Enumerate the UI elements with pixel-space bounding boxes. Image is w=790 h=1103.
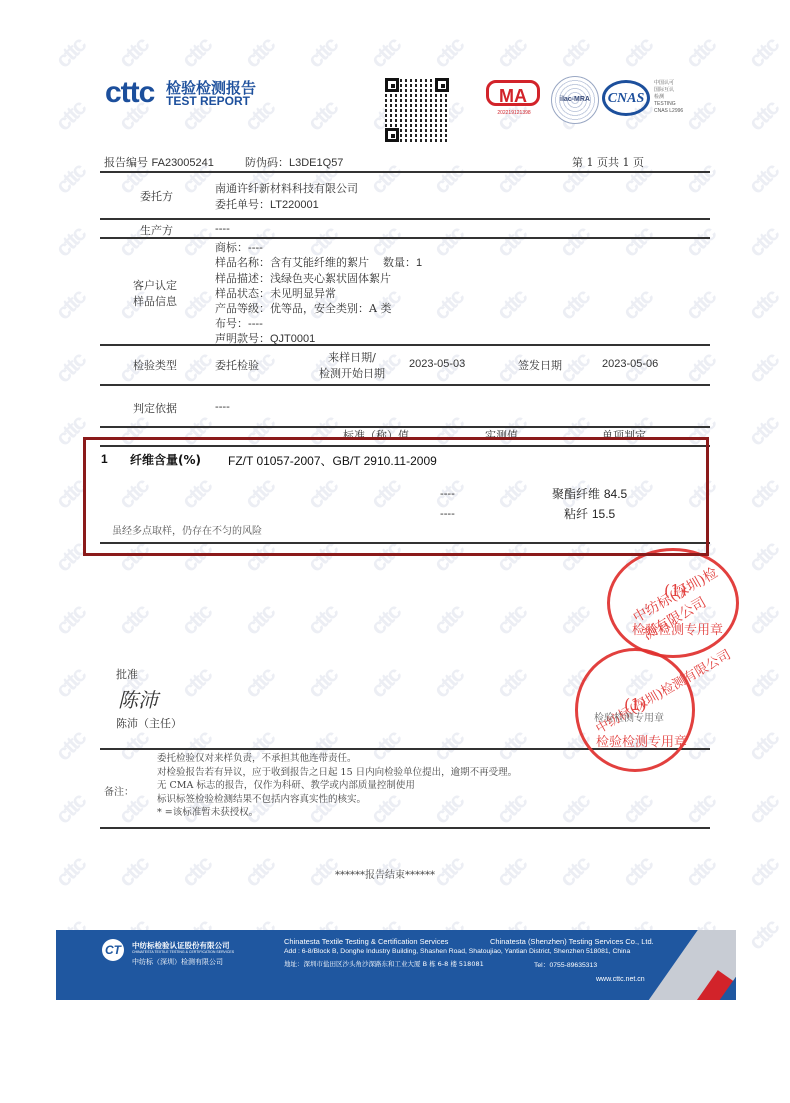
remarks-list: 委托检验仅对来样负责，不承担其他连带责任。 对检验报告若有异议，应于收到报告之日… xyxy=(157,752,517,820)
inspection-type-label: 检验类型 xyxy=(133,357,177,373)
judgement-value: ---- xyxy=(215,400,230,413)
page-info: 第 1 页共 1 页 xyxy=(572,154,644,170)
signature: 陈沛 xyxy=(118,684,158,713)
inspection-stamp-1: 中纺标(深圳)检测有限公司 (1) 检验检测专用章 xyxy=(607,548,739,658)
report-number: 报告编号 FA23005241 xyxy=(104,154,214,170)
remark-item: 无 CMA 标志的报告，仅作为科研、教学或内部质量控制使用 xyxy=(157,779,517,793)
footer-line1-left: Chinatesta Textile Testing & Certificati… xyxy=(284,937,448,946)
divider xyxy=(100,218,710,220)
ilac-mra-logo-icon: ilac-MRA xyxy=(551,76,599,124)
divider xyxy=(100,344,710,346)
stamp-bottom: 检验检测专用章 xyxy=(632,619,723,638)
issue-date-label: 签发日期 xyxy=(518,357,562,373)
cma-logo-icon: MA xyxy=(486,80,540,106)
sample-name: 样品名称：含有艾能纤维的絮片 数量：1 xyxy=(215,255,422,271)
stamp-overlay-text: 检验检测专用章 xyxy=(594,709,664,724)
test-report-page: cttc 检验检测报告 TEST REPORT MA 202219121398 … xyxy=(0,0,790,1103)
cnas-side-text: 中国认可 国际互认 检测 TESTING CNAS L2996 xyxy=(654,80,683,115)
results-table-header: 标准（称）值 实测值 单项判定 xyxy=(100,427,710,437)
client-order-no: 委托单号：LT220001 xyxy=(215,196,319,212)
footer-website[interactable]: www.cttc.net.cn xyxy=(596,976,645,983)
footer-line1-right: Chinatesta (Shenzhen) Testing Services C… xyxy=(490,937,654,946)
approver-name: 陈沛（主任） xyxy=(116,715,182,731)
sample-date-label: 来样日期/ 检测开始日期 xyxy=(316,349,388,381)
report-end-marker: ******报告结束****** xyxy=(335,866,435,881)
product-grade: 产品等级：优等品，安全类别：A 类 xyxy=(215,301,422,316)
inspection-type-value: 委托检验 xyxy=(215,357,259,373)
divider xyxy=(100,171,710,173)
footer-tel: Tel：0755-89635313 xyxy=(534,959,597,969)
divider xyxy=(100,384,710,386)
header-measured: 实测值 xyxy=(485,427,518,437)
inspection-stamp-2: 中纺标(深圳)检测有限公司 (1) 检验检测专用章 检验检测专用章 xyxy=(575,648,695,772)
manufacturer-value: ---- xyxy=(215,222,230,235)
logo-title-en: TEST REPORT xyxy=(166,94,250,108)
client-label: 委托方 xyxy=(140,188,173,204)
issue-date: 2023-05-06 xyxy=(602,358,658,370)
header-judgement: 单项判定 xyxy=(602,427,646,437)
remark-item: * =该标准暂未获授权。 xyxy=(157,806,517,820)
cttc-logo: cttc xyxy=(105,76,154,110)
remark-item: 标识标签检验检测结果不包括内容真实性的核实。 xyxy=(157,793,517,807)
highlight-box xyxy=(83,437,709,556)
remark-item: 委托检验仅对来样负责，不承担其他连带责任。 xyxy=(157,752,517,766)
anti-fake-code: 防伪码：L3DE1Q57 xyxy=(245,154,343,170)
remark-item: 对检验报告若有异议，应于收到报告之日起 15 日内向检验单位提出，逾期不再受理。 xyxy=(157,766,517,780)
divider xyxy=(100,237,710,239)
trademark: 商标：---- xyxy=(215,240,422,255)
client-company: 南通许纤新材料科技有限公司 xyxy=(215,180,358,196)
cnas-logo-icon: CNAS xyxy=(602,80,650,116)
stamp-center: (1) xyxy=(664,581,687,600)
footer-company-en-small: CHINATESTA TEXTILE TESTING & CERTIFICATI… xyxy=(132,950,234,954)
stamp-bottom: 检验检测专用章 xyxy=(596,731,687,750)
manufacturer-label: 生产方 xyxy=(140,222,173,238)
footer-address-en: Add : 6-8/Block B, Donghe Industry Build… xyxy=(284,948,630,955)
header-standard: 标准（称）值 xyxy=(343,427,409,437)
remarks-label: 备注： xyxy=(104,783,134,798)
judgement-label: 判定依据 xyxy=(133,400,177,416)
sample-info-label: 客户认定 样品信息 xyxy=(133,277,177,309)
sample-status: 样品状态：未见明显异常 xyxy=(215,286,422,301)
sample-date: 2023-05-03 xyxy=(409,358,465,370)
divider xyxy=(100,827,710,829)
footer-address-cn: 地址：深圳市盐田区沙头角沙深路东和工业大厦 B 栋 6-8 楼 518081 xyxy=(284,959,484,968)
qr-code-icon[interactable] xyxy=(385,78,449,142)
cloth-no: 布号：---- xyxy=(215,316,422,331)
chinatesta-logo-icon: CT xyxy=(102,939,124,961)
sample-description: 样品描述：浅绿色夹心絮状固体絮片 xyxy=(215,271,422,286)
approval-label: 批准 xyxy=(116,666,138,682)
sample-info-block: 商标：---- 样品名称：含有艾能纤维的絮片 数量：1 样品描述：浅绿色夹心絮状… xyxy=(215,240,422,347)
footer-sub-company-cn: 中纺标（深圳）检测有限公司 xyxy=(132,957,223,967)
footer-banner: CT 中纺标检验认证股份有限公司 CHINATESTA TEXTILE TEST… xyxy=(56,930,736,1000)
cma-number: 202219121398 xyxy=(486,110,542,116)
